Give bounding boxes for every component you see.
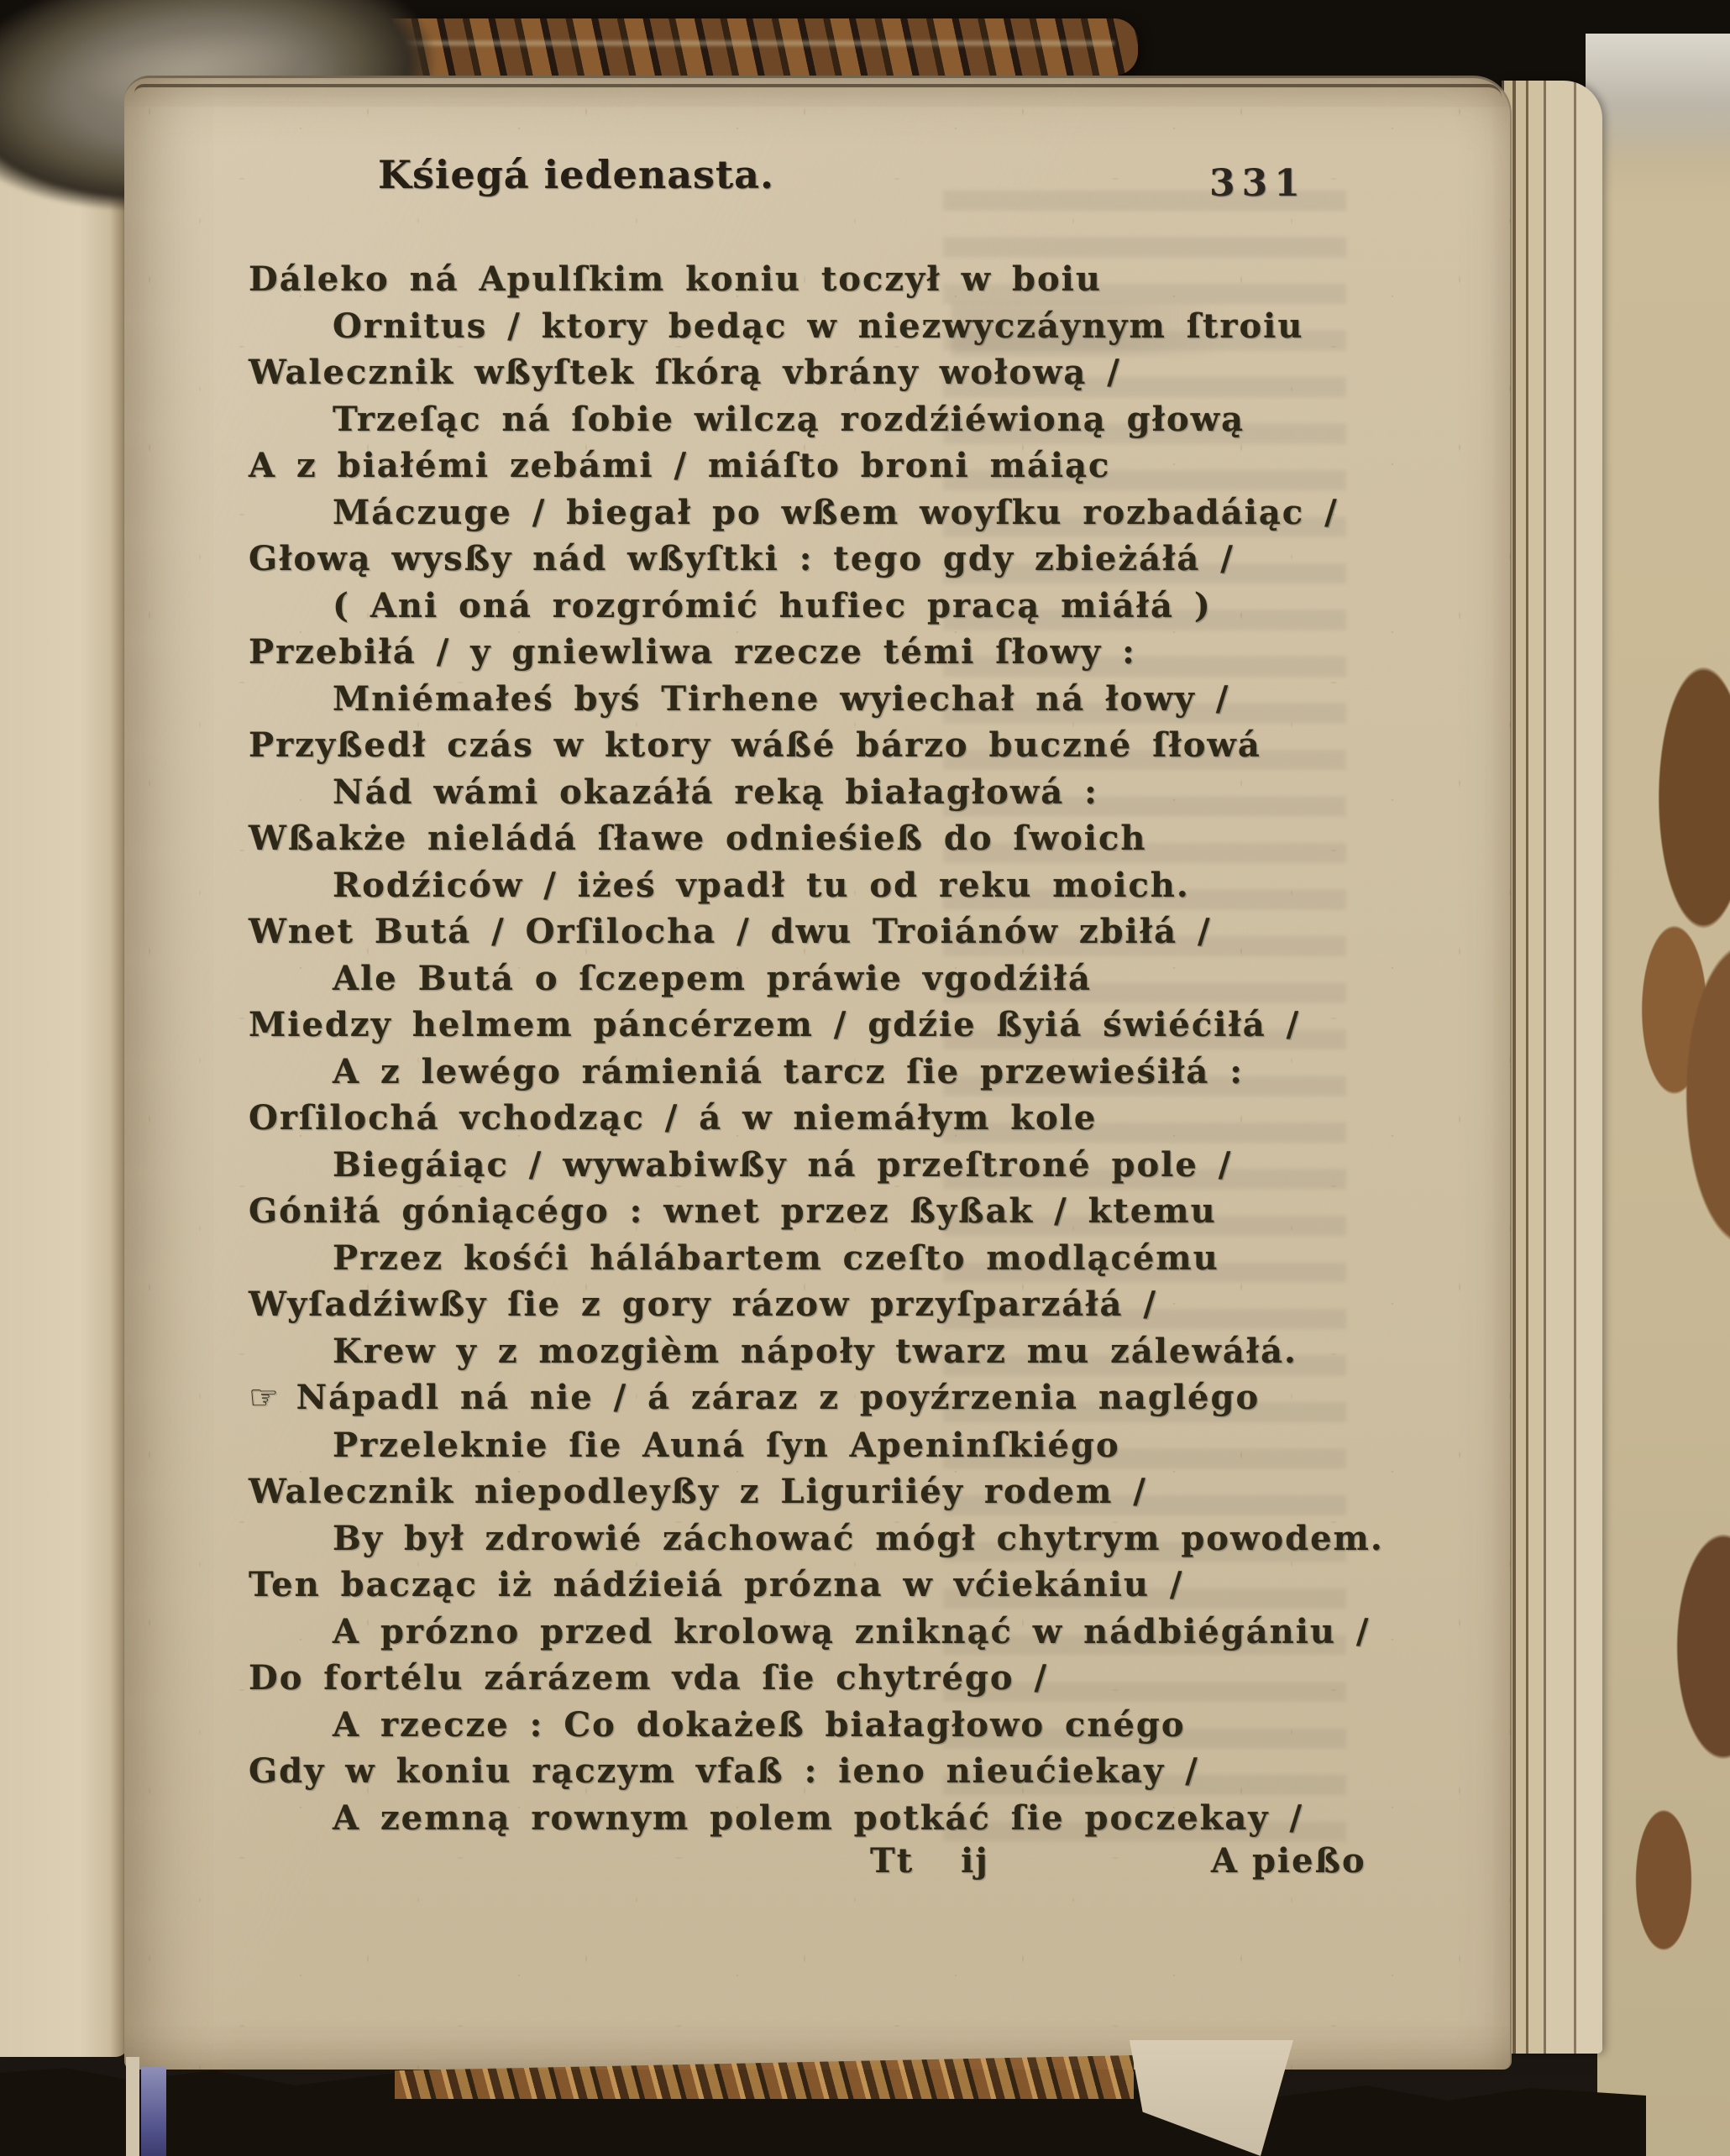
verse-line: Walecznik wßyſtek ſkórą vbrány wołową / bbox=[249, 349, 1424, 396]
verse-line: Wßakże nieládá ſławe odnieśieß do ſwoich bbox=[249, 815, 1424, 862]
catchword: A pießo bbox=[1211, 1841, 1366, 1881]
bookmark-sliver bbox=[141, 2067, 166, 2156]
manicule-icon: ☞ bbox=[249, 1379, 296, 1417]
verse-line: Przebiłá / y gniewliwa rzecze témi ſłowy… bbox=[249, 629, 1424, 676]
book-page: Kśiegá iedenasta. 331 Dáleko ná Apulſkim… bbox=[124, 76, 1512, 2070]
verse-line: Ornitus / ktory bedąc w niezwyczáynym ſt… bbox=[249, 303, 1424, 350]
verse-line: Przeleknie ſie Auná ſyn Apeninſkiégo bbox=[249, 1422, 1424, 1469]
verse-line: Biegáiąc / wywabiwßy ná przeſtroné pole … bbox=[249, 1142, 1424, 1189]
verse-line: Gdy w koniu rączym vfaß : ieno nieućieka… bbox=[249, 1748, 1424, 1795]
verse-line: Ale Butá o ſczepem práwie vgodźiłá bbox=[249, 955, 1424, 1002]
signature-row: Tt ij A pießo bbox=[249, 1841, 1424, 1888]
verse-line: A z białémi zebámi / miáſto broni máiąc bbox=[249, 442, 1424, 489]
verse-text-block: Dáleko ná Apulſkim koniu toczył w boiuOr… bbox=[249, 256, 1424, 1841]
signature-mark: Tt ij bbox=[870, 1841, 989, 1881]
verse-line: Głową wysßy nád wßyſtki : tego gdy zbież… bbox=[249, 536, 1424, 583]
page-edge-sliver bbox=[126, 2057, 139, 2156]
verse-line: Wnet Butá / Orſilocha / dwu Troiánów zbi… bbox=[249, 908, 1424, 955]
facing-page-edge bbox=[0, 52, 128, 2057]
verse-line: Walecznik niepodleyßy z Liguriiéy rodem … bbox=[249, 1468, 1424, 1515]
verse-line: A prózno przed krolową zniknąć w nádbiég… bbox=[249, 1609, 1424, 1656]
verse-line: Nád wámi okazáłá reką białagłowá : bbox=[249, 769, 1424, 816]
page-stack-edge bbox=[1502, 81, 1602, 2054]
verse-line: Mniémałeś byś Tirhene wyiechał ná łowy / bbox=[249, 676, 1424, 723]
verse-line: ( Ani oná rozgrómić hufiec pracą miáłá ) bbox=[249, 583, 1424, 630]
running-title: Kśiegá iedenasta. bbox=[378, 152, 774, 197]
marbled-endpaper bbox=[1597, 34, 1730, 2156]
endpaper-cloth-corner bbox=[1586, 34, 1730, 160]
book-scan: Kśiegá iedenasta. 331 Dáleko ná Apulſkim… bbox=[0, 0, 1730, 2156]
verse-line: By był zdrowié záchować mógł chytrym pow… bbox=[249, 1515, 1424, 1562]
verse-line: A z lewégo rámieniá tarcz ſie przewieśił… bbox=[249, 1049, 1424, 1096]
verse-line: Rodźiców / iżeś vpadł tu od reku moich. bbox=[249, 862, 1424, 909]
verse-line: Wyſadźiwßy ſie z gory rázow przyſparzáłá… bbox=[249, 1281, 1424, 1328]
verse-line: Do fortélu zárázem vda ſie chytrégo / bbox=[249, 1655, 1424, 1702]
verse-line: Máczuge / biegał po wßem woyſku rozbadái… bbox=[249, 489, 1424, 536]
verse-line: Trzeſąc ná ſobie wilczą rozdźiéwioną gło… bbox=[249, 396, 1424, 443]
verse-line: ☞ Nápadl ná nie / á záraz z poyźrzenia n… bbox=[249, 1374, 1424, 1422]
verse-line: Ten bacząc iż nádźieiá prózna w vćiekáni… bbox=[249, 1562, 1424, 1609]
verse-line: Przez kośći hálábartem czeſto modlącému bbox=[249, 1235, 1424, 1282]
page-number: 331 bbox=[1209, 162, 1307, 205]
verse-line: Orſilochá vchodząc / á w niemáłym kole bbox=[249, 1095, 1424, 1142]
verse-line: Przyßedł czás w ktory wáßé bárzo buczné … bbox=[249, 722, 1424, 769]
verse-line: Dáleko ná Apulſkim koniu toczył w boiu bbox=[249, 256, 1424, 303]
verse-line: A zemną rownym polem potkáć ſie poczekay… bbox=[249, 1795, 1424, 1842]
verse-line: A rzecze : Co dokażeß białagłowo cnégo bbox=[249, 1702, 1424, 1749]
verse-line: Góniłá góniącégo : wnet przez ßyßak / kt… bbox=[249, 1188, 1424, 1235]
verse-line: Krew y z mozgièm nápoły twarz mu zálewáł… bbox=[249, 1328, 1424, 1375]
verse-line: Miedzy helmem páncérzem / gdźie ßyiá świ… bbox=[249, 1002, 1424, 1049]
